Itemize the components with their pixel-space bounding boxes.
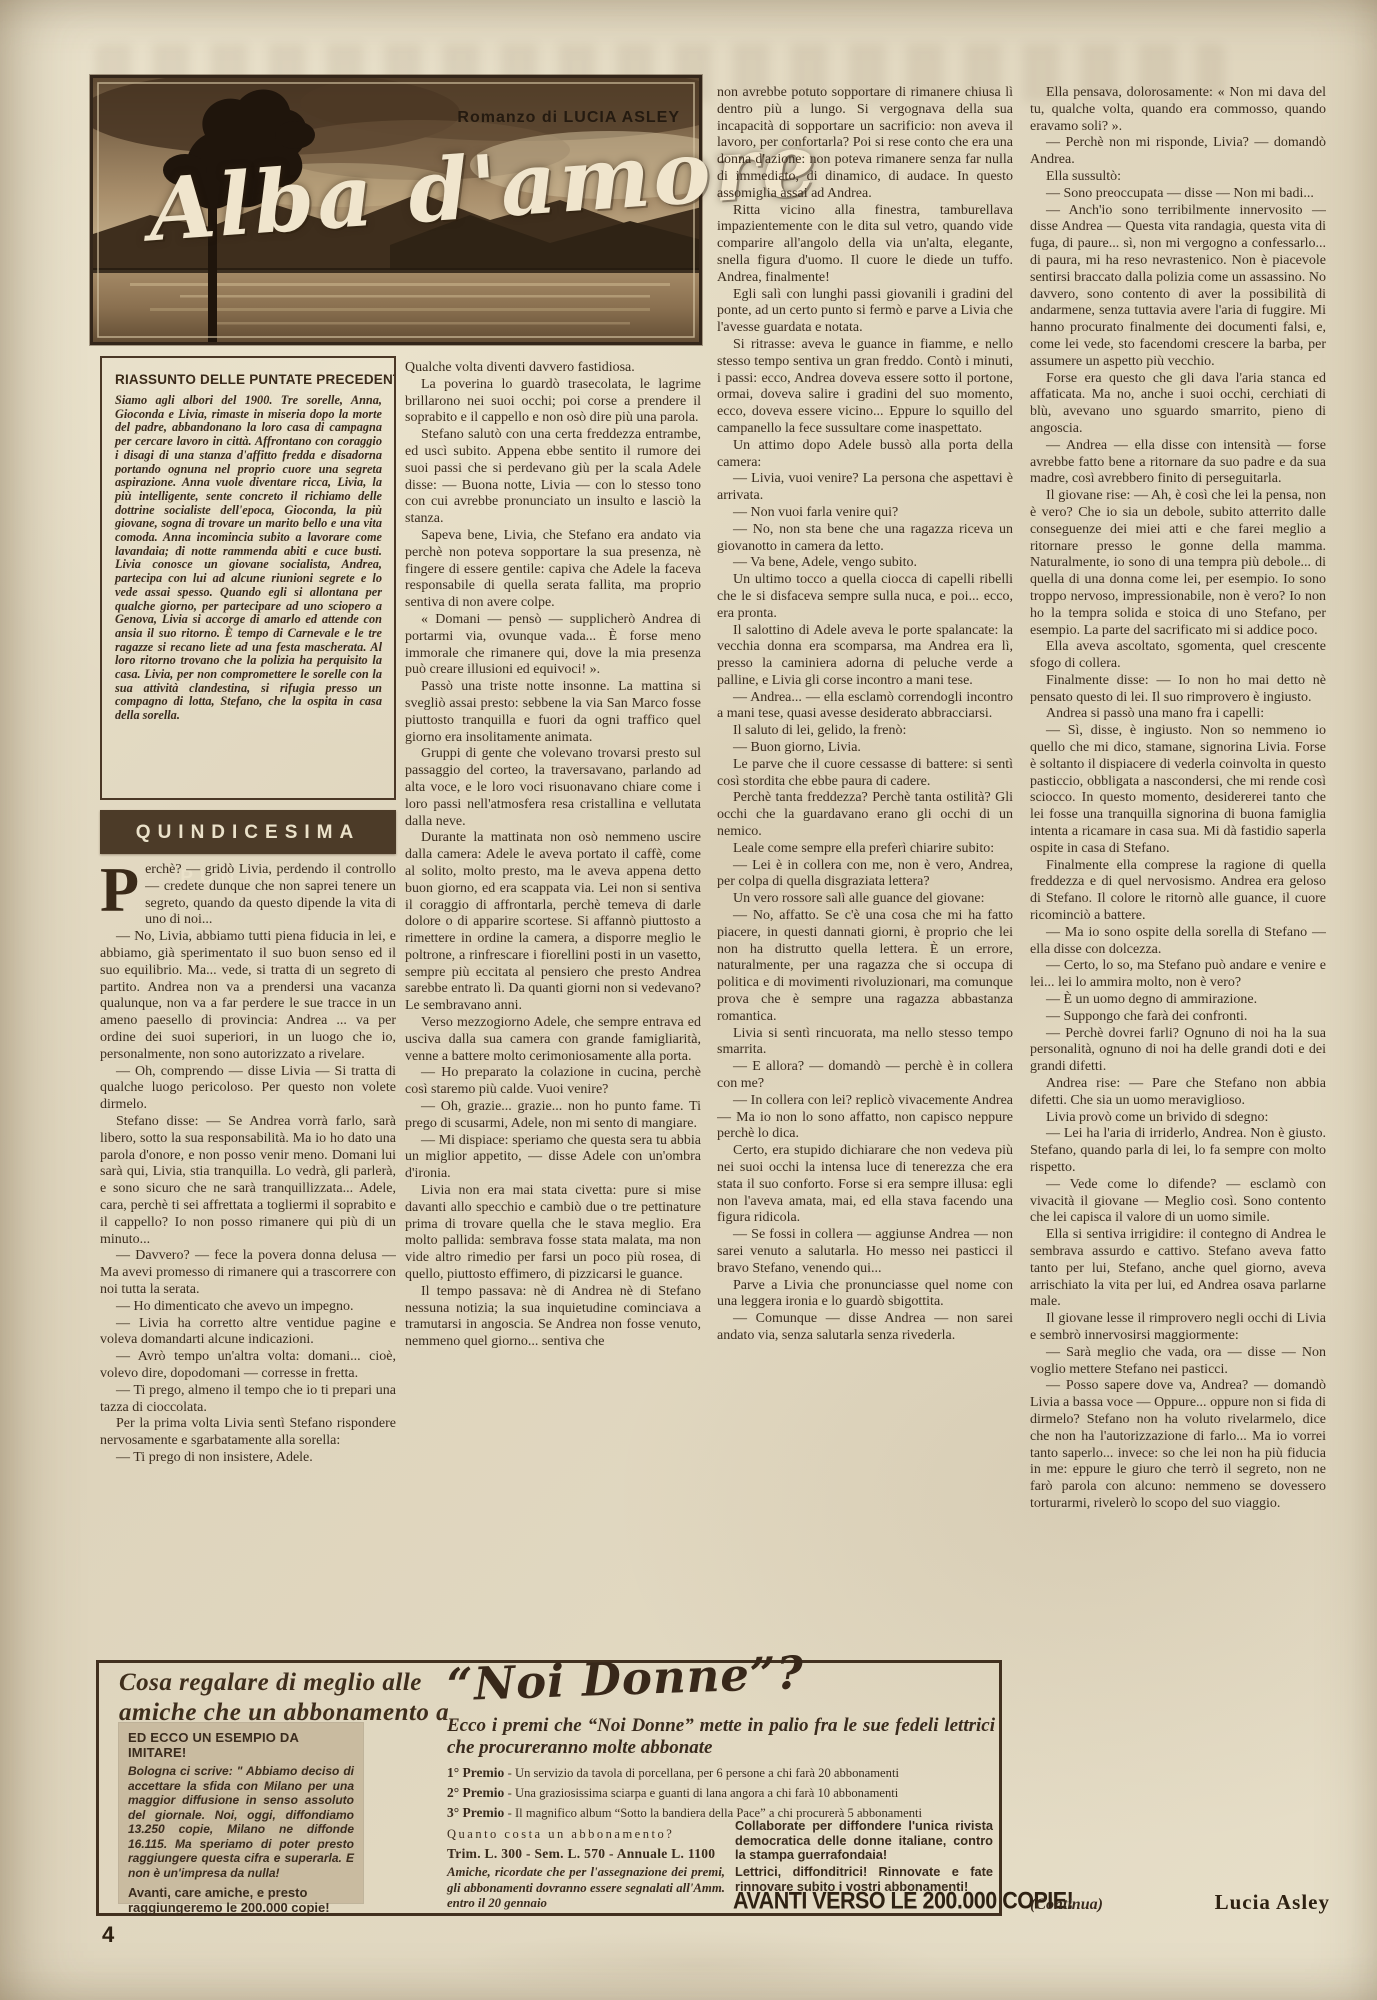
paragraph: Ella pensava, dolorosamente: « Non mi da… — [1030, 85, 1326, 135]
collaborate-text: Collaborate per diffondere l'unica rivis… — [735, 1819, 993, 1863]
paragraph: Verso mezzogiorno Adele, che sempre entr… — [405, 1015, 701, 1065]
paragraph: Si ritrasse: aveva le guance in fiamme, … — [717, 337, 1013, 438]
paragraph: Qualche volta diventi davvero fastidiosa… — [405, 360, 701, 377]
paragraph: — Davvero? — fece la povera donna delusa… — [100, 1248, 396, 1298]
paragraph: Il tempo passava: nè di Andrea nè di Ste… — [405, 1284, 701, 1351]
paragraph: — Perchè non mi risponde, Livia? — doman… — [1030, 135, 1326, 169]
paragraph: Un ultimo tocco a quella ciocca di capel… — [717, 572, 1013, 622]
paragraph: Finalmente disse: — Io non ho mai detto … — [1030, 673, 1326, 707]
paragraph: Livia provò come un brivido di sdegno: — [1030, 1110, 1326, 1127]
author-signature: Lucia Asley — [1140, 1890, 1330, 1915]
example-closing: Avanti, care amiche, e presto raggiunger… — [128, 1885, 354, 1915]
premio-item: 2° Premio - Una graziosissima sciarpa e … — [447, 1783, 997, 1803]
paragraph: Durante la mattinata non osò nemmeno usc… — [405, 830, 701, 1015]
example-body: Bologna ci scrive: " Abbiamo deciso di a… — [128, 1764, 354, 1880]
subscription-cost-values: Trim. L. 300 - Sem. L. 570 - Annuale L. … — [447, 1846, 727, 1862]
paragraph: — È un uomo degno di ammirazione. — [1030, 992, 1326, 1009]
paragraph: — Comunque — disse Andrea — non sarei an… — [717, 1311, 1013, 1345]
paragraph: — Suppongo che farà dei confronti. — [1030, 1009, 1326, 1026]
paragraph: Livia non era mai stata civetta: pure si… — [405, 1183, 701, 1284]
paragraph: — Sarà meglio che vada, ora — disse — No… — [1030, 1345, 1326, 1379]
paragraph: Andrea si passò una mano fra i capelli: — [1030, 706, 1326, 723]
summary-box: RIASSUNTO DELLE PUNTATE PRECEDENTI Siamo… — [100, 356, 396, 800]
paragraph: « Domani — pensò — supplicherò Andrea di… — [405, 612, 701, 679]
paragraph: Perchè? — gridò Livia, perdendo il contr… — [100, 862, 396, 929]
paragraph: Ella si sentiva irrigidire: il contegno … — [1030, 1227, 1326, 1311]
paragraph: — Va bene, Adele, vengo subito. — [717, 555, 1013, 572]
paragraph: — Avrò tempo un'altra volta: domani... c… — [100, 1349, 396, 1383]
text-column-3: non avrebbe potuto sopportare di rimaner… — [717, 85, 1013, 1657]
paragraph: — Ti prego, almeno il tempo che io ti pr… — [100, 1383, 396, 1417]
text-column-1: Perchè? — gridò Livia, perdendo il contr… — [100, 862, 396, 1658]
paragraph: — Andrea — ella disse con intensità — fo… — [1030, 438, 1326, 488]
paragraph: — Ho preparato la colazione in cucina, p… — [405, 1065, 701, 1099]
paragraph: — Se fossi in collera — aggiunse Andrea … — [717, 1227, 1013, 1277]
paragraph: La poverina lo guardò trasecolata, le la… — [405, 377, 701, 427]
example-heading: ED ECCO UN ESEMPIO DA IMITARE! — [128, 1730, 354, 1760]
paragraph: Livia si sentì rincuorata, ma nello stes… — [717, 1026, 1013, 1060]
paragraph: Il saluto di lei, gelido, la frenò: — [717, 723, 1013, 740]
paragraph: Un vero rossore salì alle guance del gio… — [717, 891, 1013, 908]
drop-cap: P — [100, 862, 145, 916]
paragraph: Stefano salutò con una certa freddezza e… — [405, 427, 701, 528]
paragraph: Forse era questo che gli dava l'aria sta… — [1030, 371, 1326, 438]
paragraph: — Livia ha corretto altre ventidue pagin… — [100, 1316, 396, 1350]
paragraph: — Ma io sono ospite della sorella di Ste… — [1030, 925, 1326, 959]
premio-item: 1° Premio - Un servizio da tavola di por… — [447, 1763, 997, 1783]
paragraph: — Ti prego di non insistere, Adele. — [100, 1450, 396, 1467]
paragraph: — Certo, lo so, ma Stefano può andare e … — [1030, 958, 1326, 992]
paragraph: Per la prima volta Livia sentì Stefano r… — [100, 1416, 396, 1450]
paragraph: Egli salì con lunghi passi giovanili i g… — [717, 287, 1013, 337]
paragraph: Andrea rise: — Pare che Stefano non abbi… — [1030, 1076, 1326, 1110]
paragraph: Le parve che il cuore cessasse di batter… — [717, 757, 1013, 791]
paragraph: Leale come sempre ella preferì chiarire … — [717, 841, 1013, 858]
paragraph: — No, non sta bene che una ragazza ricev… — [717, 522, 1013, 556]
paragraph: Il giovane lesse il rimprovero negli occ… — [1030, 1311, 1326, 1345]
paragraph: Un attimo dopo Adele bussò alla porta de… — [717, 438, 1013, 472]
paragraph: — In collera con lei? replicò vivacement… — [717, 1093, 1013, 1143]
paragraph: — Andrea... — ella esclamò correndogli i… — [717, 690, 1013, 724]
summary-text: Siamo agli albori del 1900. Tre sorelle,… — [115, 394, 382, 723]
header-photo: Romanzo di LUCIA ASLEY Alba d'amore — [90, 75, 702, 345]
chapter-banner: QUINDICESIMA PUNTATA — [100, 810, 396, 854]
subscription-cost: Quanto costa un abbonamento? Trim. L. 30… — [447, 1827, 727, 1862]
paragraph: — Mi dispiace: speriamo che questa sera … — [405, 1133, 701, 1183]
paragraph: Stefano disse: — Se Andrea vorrà farlo, … — [100, 1114, 396, 1248]
paragraph: Gruppi di gente che volevano trovarsi pr… — [405, 746, 701, 830]
romanzo-byline: Romanzo di LUCIA ASLEY — [457, 109, 680, 127]
paragraph: — No, Livia, abbiamo tutti piena fiducia… — [100, 929, 396, 1063]
paragraph: — Non vuoi farla venire qui? — [717, 505, 1013, 522]
paragraph: Ritta vicino alla finestra, tamburellava… — [717, 203, 1013, 287]
paragraph: non avrebbe potuto sopportare di rimaner… — [717, 85, 1013, 203]
text-column-4: Ella pensava, dolorosamente: « Non mi da… — [1030, 85, 1326, 1887]
paragraph: Il giovane rise: — Ah, è così che lei la… — [1030, 488, 1326, 639]
avanti-slogan: AVANTI VERSO LE 200.000 COPIE! — [733, 1887, 995, 1915]
ad-heading: Cosa regalare di meglio alle amiche che … — [119, 1668, 459, 1728]
paragraph: Sapeva bene, Livia, che Stefano era anda… — [405, 528, 701, 612]
paragraph: Passò una triste notte insonne. La matti… — [405, 679, 701, 746]
paragraph: — Oh, comprendo — disse Livia — Si tratt… — [100, 1064, 396, 1114]
paragraph: — Lei è in collera con me, non è vero, A… — [717, 858, 1013, 892]
paragraph: Finalmente ella comprese la ragione di q… — [1030, 858, 1326, 925]
example-box: ED ECCO UN ESEMPIO DA IMITARE! Bologna c… — [119, 1723, 363, 1903]
paragraph: Il salottino di Adele aveva le porte spa… — [717, 623, 1013, 690]
paragraph: — E allora? — domandò — perchè è in coll… — [717, 1059, 1013, 1093]
paragraph: — Sono preoccupata — disse — Non mi badi… — [1030, 186, 1326, 203]
paragraph: — Lei ha l'aria di irriderlo, Andrea. No… — [1030, 1126, 1326, 1176]
paragraph: — No, affatto. Se c'è una cosa che mi ha… — [717, 908, 1013, 1026]
paper-stain — [450, 1930, 950, 2000]
paragraph: — Sì, disse, è ingiusto. Non so nemmeno … — [1030, 723, 1326, 857]
subscription-ad-box: Cosa regalare di meglio alle amiche che … — [96, 1660, 1002, 1916]
paragraph: — Ho dimenticato che avevo un impegno. — [100, 1299, 396, 1316]
paragraph: — Buon giorno, Livia. — [717, 740, 1013, 757]
paragraph: Certo, era stupido dichiarare che non ve… — [717, 1143, 1013, 1227]
premi-list: 1° Premio - Un servizio da tavola di por… — [447, 1763, 997, 1823]
continua-label: (Continua) — [1030, 1896, 1103, 1914]
subscription-cost-label: Quanto costa un abbonamento? — [447, 1827, 727, 1842]
premi-intro: Ecco i premi che “Noi Donne” mette in pa… — [447, 1715, 995, 1759]
paragraph: Perchè tanta freddezza? Perchè tanta ost… — [717, 790, 1013, 840]
paragraph: Parve a Livia che pronunciasse quel nome… — [717, 1278, 1013, 1312]
paragraph: — Posso sapere dove va, Andrea? — domand… — [1030, 1378, 1326, 1512]
summary-heading: RIASSUNTO DELLE PUNTATE PRECEDENTI — [115, 372, 382, 387]
paragraph: — Livia, vuoi venire? La persona che asp… — [717, 471, 1013, 505]
paragraph: — Vede come lo difende? — esclamò con vi… — [1030, 1177, 1326, 1227]
paragraph: — Oh, grazie... grazie... non ho punto f… — [405, 1099, 701, 1133]
paragraph: — Anch'io sono terribilmente innervosito… — [1030, 203, 1326, 371]
paragraph: Ella aveva ascoltato, sgomenta, quel cre… — [1030, 639, 1326, 673]
magazine-page: Romanzo di LUCIA ASLEY Alba d'amore RIAS… — [0, 0, 1377, 2000]
paragraph: — Perchè dovrei farli? Ognuno di noi ha … — [1030, 1026, 1326, 1076]
text-column-2: Qualche volta diventi davvero fastidiosa… — [405, 360, 701, 1658]
page-number: 4 — [102, 1922, 114, 1948]
premi-deadline-note: Amiche, ricordate che per l'assegnazione… — [447, 1865, 725, 1912]
paragraph: Ella sussultò: — [1030, 169, 1326, 186]
